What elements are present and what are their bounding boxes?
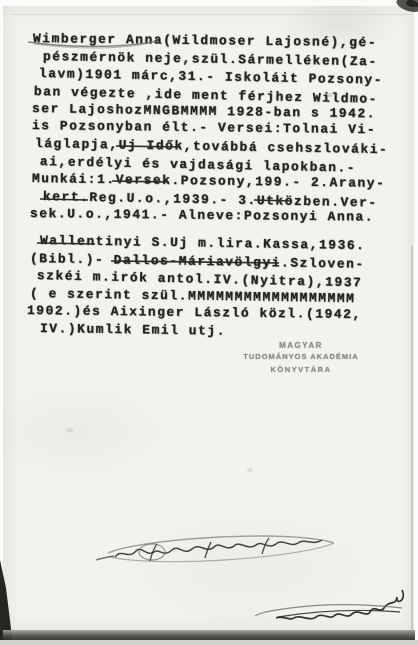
card-edge-line	[411, 246, 413, 636]
typed-line: Wimberger Anna(Wildmoser Lajosné),gé-	[33, 32, 377, 50]
typed-line: Munkái:1.Versek.Pozsony,199.- 2.Arany-	[32, 172, 386, 191]
typed-line: sek.U.o.,1941.- Alneve:Pozsonyi Anna.	[30, 207, 374, 225]
stamp-line: KÖNYVTÁRA	[229, 363, 373, 376]
stamp-line: MAGYAR	[229, 340, 373, 351]
library-stamp: MAGYAR TUDOMÁNYOS AKADÉMIA KÖNYVTÁRA	[229, 340, 373, 376]
typed-line: is Pozsonyban élt.- Versei:Tolnai Vi-	[32, 119, 376, 137]
scanned-catalog-card-page: { "card": { "type": "typewritten library…	[0, 0, 418, 645]
catalog-card: Wimberger Anna(Wildmoser Lajosné),gé- pé…	[3, 6, 414, 631]
typed-line: IV.)Kumlik Emil utj.	[40, 322, 226, 339]
typed-line: Wallentinyi S.Uj m.lira.Kassa,1936.	[40, 234, 366, 253]
typed-line: 1902.)és Aixinger László közl.(1942,	[27, 304, 362, 322]
stamp-line: TUDOMÁNYOS AKADÉMIA	[229, 351, 373, 363]
card-edge-line	[11, 14, 409, 15]
